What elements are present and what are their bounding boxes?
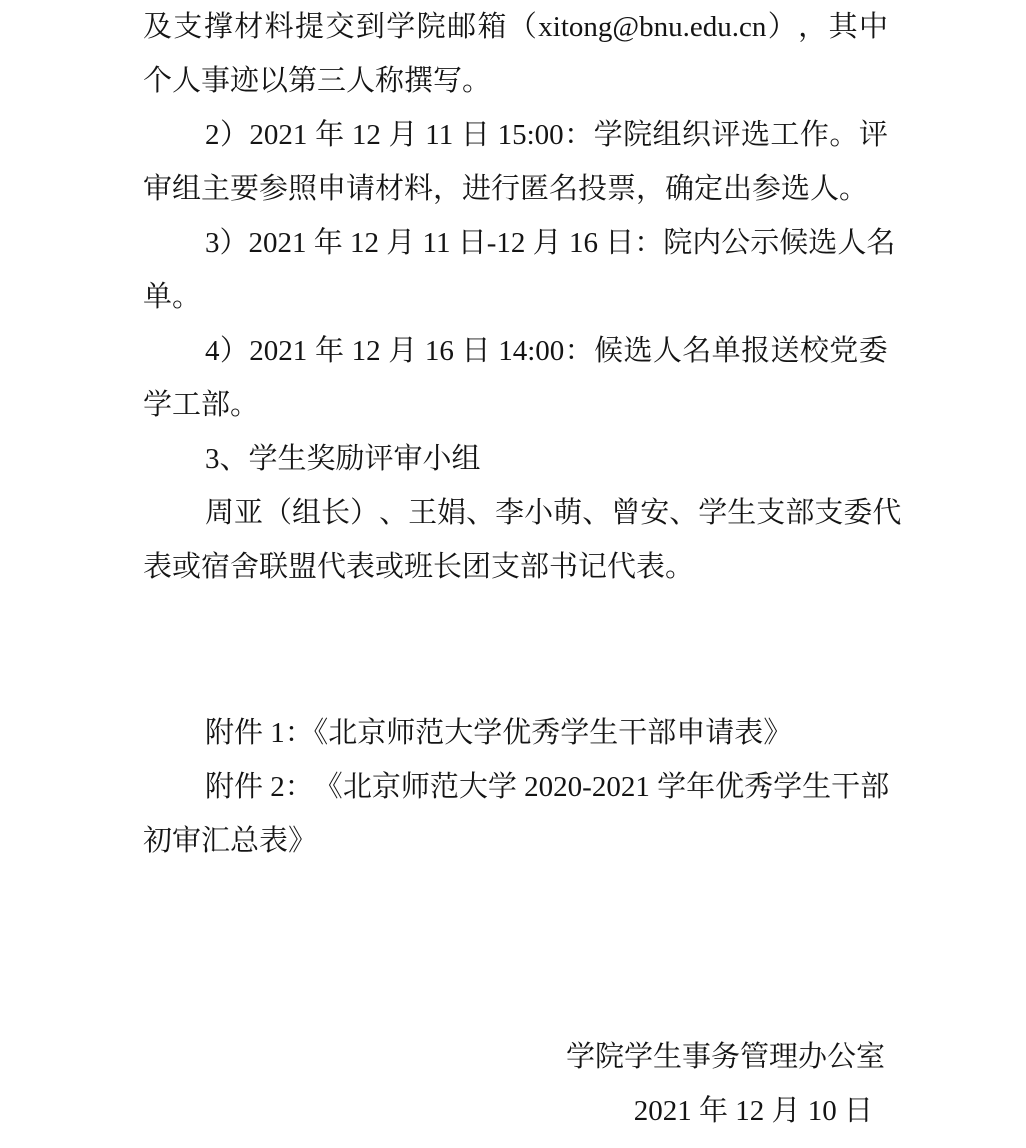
- body-line: 审组主要参照申请材料，进行匿名投票，确定出参选人。: [143, 162, 888, 216]
- signature-office: 学院学生事务管理办公室: [143, 1030, 888, 1084]
- attachment-2: 附件 2：《北京师范大学 2020-2021 学年优秀学生干部: [143, 760, 888, 814]
- body-line: 个人事迹以第三人称撰写。: [143, 54, 888, 108]
- body-line: 及支撑材料提交到学院邮箱（xitong@bnu.edu.cn），其中: [143, 0, 888, 54]
- attachment-2-continued: 初审汇总表》: [143, 814, 888, 868]
- schedule-item-3: 3）2021 年 12 月 11 日-12 月 16 日：院内公示候选人名: [143, 216, 888, 270]
- section-heading: 3、学生奖励评审小组: [143, 432, 888, 486]
- body-line: 学工部。: [143, 378, 888, 432]
- attachment-1: 附件 1：《北京师范大学优秀学生干部申请表》: [143, 706, 888, 760]
- document-page: 及支撑材料提交到学院邮箱（xitong@bnu.edu.cn），其中 个人事迹以…: [0, 0, 1026, 1148]
- schedule-item-4: 4）2021 年 12 月 16 日 14:00：候选人名单报送校党委: [143, 324, 888, 378]
- body-line: 单。: [143, 270, 888, 324]
- document-body: 及支撑材料提交到学院邮箱（xitong@bnu.edu.cn），其中 个人事迹以…: [143, 0, 888, 1138]
- body-line: 周亚（组长）、王娟、李小萌、曾安、学生支部支委代: [143, 486, 888, 540]
- body-line: 表或宿舍联盟代表或班长团支部书记代表。: [143, 540, 888, 594]
- signature-date: 2021 年 12 月 10 日: [143, 1084, 888, 1138]
- schedule-item-2: 2）2021 年 12 月 11 日 15:00：学院组织评选工作。评: [143, 108, 888, 162]
